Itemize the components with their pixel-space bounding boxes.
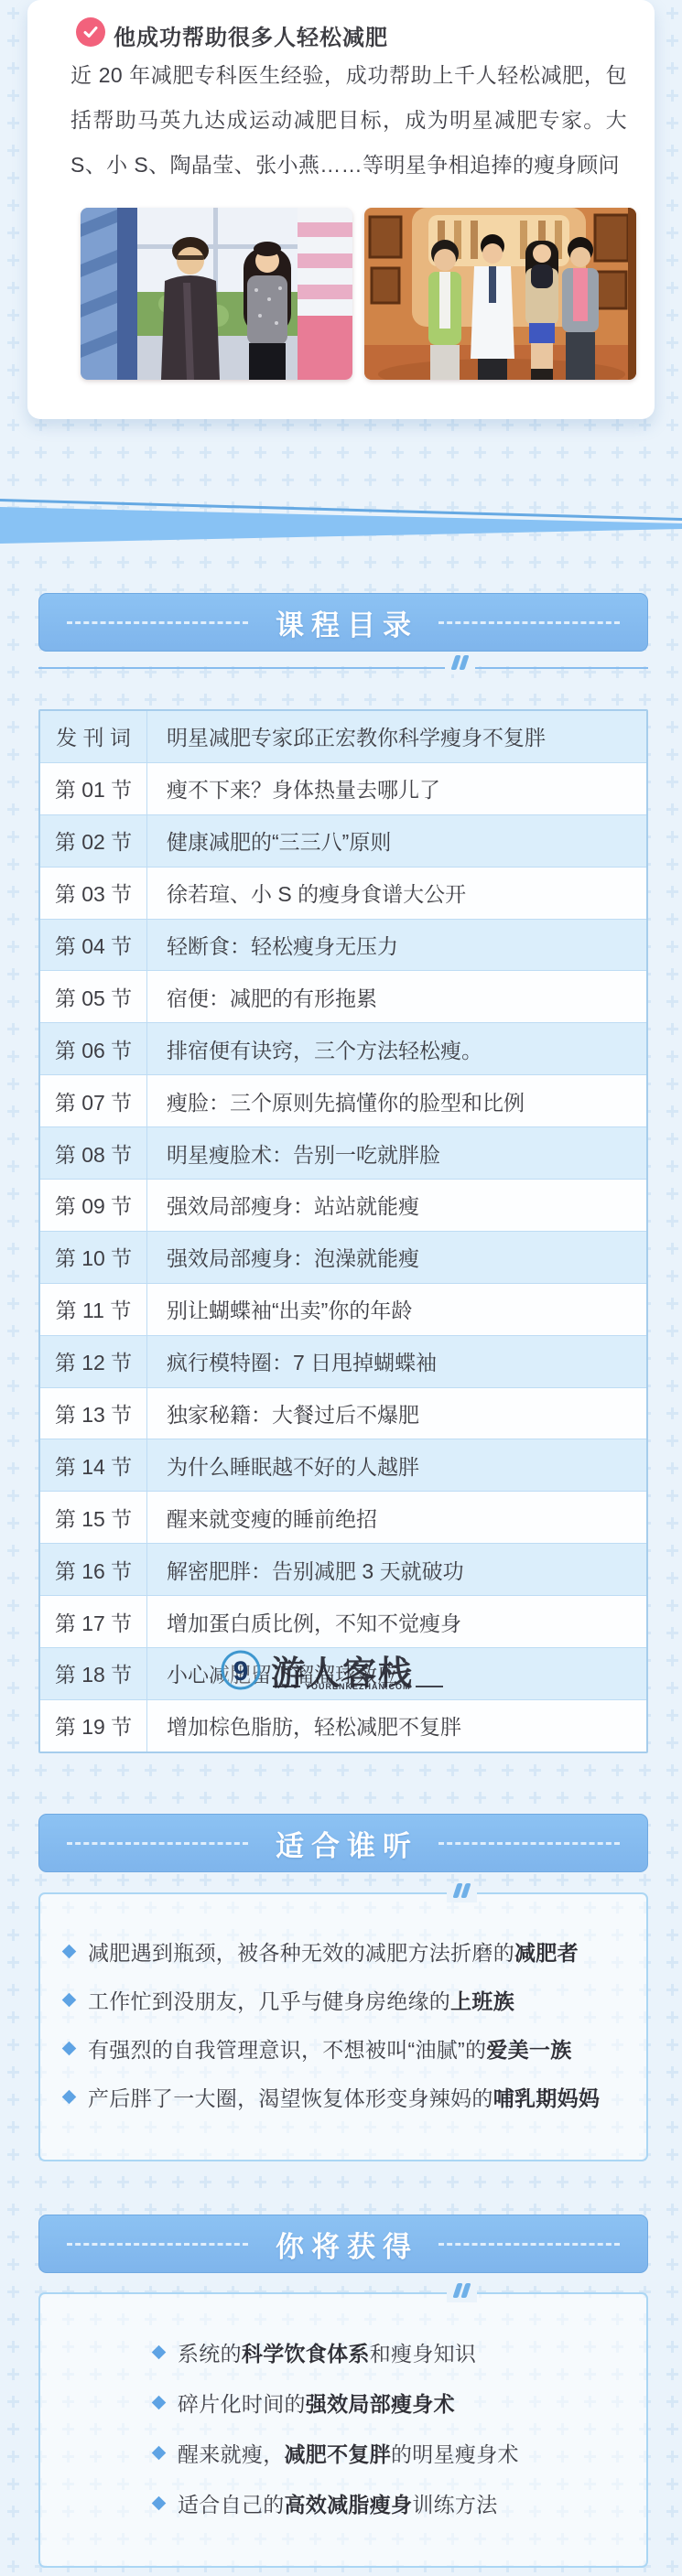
- bullet-item: 适合自己的高效减脂瘦身训练方法: [154, 2478, 519, 2528]
- catalog-row-number: 第 10 节: [40, 1232, 147, 1283]
- header-dash-left: [67, 1842, 248, 1845]
- catalog-row: 第 12 节 疯行模特圈：7 日甩掉蝴蝶袖: [40, 1335, 646, 1387]
- bullet-text: 系统的科学饮食体系和瘦身知识: [178, 2337, 476, 2367]
- catalog-row: 第 15 节 醒来就变瘦的睡前绝招: [40, 1491, 646, 1543]
- header-dash-right: [438, 621, 620, 624]
- catalog-row-number: 第 13 节: [40, 1388, 147, 1439]
- catalog-row: 第 17 节 增加蛋白质比例，不知不觉瘦身: [40, 1595, 646, 1647]
- audience-header-title: 适合谁听: [268, 1823, 418, 1864]
- quote-mark-icon: [447, 2283, 477, 2302]
- catalog-row-title: 增加蛋白质比例，不知不觉瘦身: [147, 1596, 646, 1647]
- diamond-bullet-icon: [152, 2396, 167, 2410]
- diamond-bullet-icon: [152, 2345, 167, 2360]
- catalog-row-number: 发 刊 词: [40, 711, 147, 762]
- catalog-row-number: 第 17 节: [40, 1596, 147, 1647]
- bullet-text: 醒来就瘦，减肥不复胖的明星瘦身术: [178, 2438, 519, 2468]
- diamond-bullet-icon: [152, 2496, 167, 2511]
- catalog-row: 第 06 节 排宿便有诀窍，三个方法轻松瘦。: [40, 1022, 646, 1074]
- catalog-header: 课程目录: [38, 593, 648, 652]
- catalog-row-title: 强效局部瘦身：泡澡就能瘦: [147, 1232, 646, 1283]
- bullet-item: 工作忙到没朋友，几乎与健身房绝缘的上班族: [64, 1976, 632, 2024]
- catalog-row-number: 第 09 节: [40, 1180, 147, 1231]
- diamond-bullet-icon: [62, 1945, 77, 1959]
- catalog-row-title: 轻断食：轻松瘦身无压力: [147, 920, 646, 971]
- catalog-row: 第 10 节 强效局部瘦身：泡澡就能瘦: [40, 1231, 646, 1283]
- gains-list: 系统的科学饮食体系和瘦身知识 碎片化时间的强效局部瘦身术 醒来就瘦，减肥不复胖的…: [154, 2327, 519, 2528]
- catalog-row: 第 05 节 宿便：减肥的有形拖累: [40, 970, 646, 1022]
- diamond-bullet-icon: [62, 2090, 77, 2105]
- audience-card: 减肥遇到瓶颈，被各种无效的减肥方法折磨的减肥者 工作忙到没朋友，几乎与健身房绝缘…: [38, 1892, 648, 2161]
- catalog-row-title: 排宿便有诀窍，三个方法轻松瘦。: [147, 1023, 646, 1074]
- watermark-logo-icon: 9: [220, 1649, 262, 1696]
- svg-text:9: 9: [233, 1656, 249, 1687]
- catalog-row-title: 明星瘦脸术：告别一吃就胖脸: [147, 1127, 646, 1179]
- catalog-row-number: 第 19 节: [40, 1700, 147, 1751]
- bullet-item: 有强烈的自我管理意识，不想被叫“油腻”的爱美一族: [64, 2024, 632, 2073]
- catalog-row-title: 宿便：减肥的有形拖累: [147, 971, 646, 1022]
- intro-card: 他成功帮助很多人轻松减肥 近 20 年减肥专科医生经验，成功帮助上千人轻松减肥，…: [27, 0, 655, 419]
- intro-paragraph: 近 20 年减肥专科医生经验，成功帮助上千人轻松减肥，包括帮助马英九达成运动减肥…: [70, 53, 627, 188]
- catalog-row-number: 第 11 节: [40, 1284, 147, 1335]
- catalog-row-title: 为什么睡眠越不好的人越胖: [147, 1439, 646, 1491]
- catalog-row: 第 16 节 解密肥胖：告别减肥 3 天就破功: [40, 1543, 646, 1595]
- catalog-row-title: 瘦脸：三个原则先搞懂你的脸型和比例: [147, 1075, 646, 1126]
- diamond-bullet-icon: [152, 2446, 167, 2461]
- catalog-table-body: 发 刊 词 明星减肥专家邱正宏教你科学瘦身不复胖 第 01 节 瘦不下来？身体热…: [40, 711, 646, 1751]
- catalog-row-number: 第 07 节: [40, 1075, 147, 1126]
- watermark-domain: YOURENKEZHAN.COM: [305, 1682, 411, 1691]
- diamond-bullet-icon: [62, 2042, 77, 2056]
- catalog-row: 第 04 节 轻断食：轻松瘦身无压力: [40, 919, 646, 971]
- catalog-row: 第 09 节 强效局部瘦身：站站就能瘦: [40, 1179, 646, 1231]
- catalog-row: 第 07 节 瘦脸：三个原则先搞懂你的脸型和比例: [40, 1074, 646, 1126]
- catalog-row-title: 独家秘籍：大餐过后不爆肥: [147, 1388, 646, 1439]
- catalog-row: 第 13 节 独家秘籍：大餐过后不爆肥: [40, 1387, 646, 1439]
- catalog-row-number: 第 04 节: [40, 920, 147, 971]
- catalog-row-number: 第 01 节: [40, 763, 147, 814]
- header-dash-left: [67, 621, 248, 624]
- watermark-domain-row: YOURENKEZHAN.COM: [273, 1682, 443, 1691]
- catalog-row: 第 19 节 增加棕色脂肪，轻松减肥不复胖: [40, 1699, 646, 1751]
- bullet-text: 碎片化时间的强效局部瘦身术: [178, 2387, 455, 2418]
- bullet-item: 产后胖了一大圈，渴望恢复体形变身辣妈的哺乳期妈妈: [64, 2073, 632, 2121]
- quote-mark-icon: [445, 655, 475, 674]
- studio-photo-left: [81, 208, 352, 380]
- catalog-row-number: 第 03 节: [40, 868, 147, 919]
- catalog-row-title: 疯行模特圈：7 日甩掉蝴蝶袖: [147, 1336, 646, 1387]
- audience-header: 适合谁听: [38, 1814, 648, 1872]
- catalog-row-title: 醒来就变瘦的睡前绝招: [147, 1492, 646, 1543]
- quote-mark-icon: [447, 1883, 477, 1902]
- catalog-row: 发 刊 词 明星减肥专家邱正宏教你科学瘦身不复胖: [40, 711, 646, 762]
- catalog-row-title: 增加棕色脂肪，轻松减肥不复胖: [147, 1700, 646, 1751]
- catalog-row-number: 第 02 节: [40, 815, 147, 867]
- catalog-row-number: 第 14 节: [40, 1439, 147, 1491]
- catalog-row-number: 第 18 节: [40, 1648, 147, 1699]
- header-dash-right: [438, 2243, 620, 2246]
- bullet-item: 醒来就瘦，减肥不复胖的明星瘦身术: [154, 2428, 519, 2478]
- bullet-text: 减肥遇到瓶颈，被各种无效的减肥方法折磨的减肥者: [88, 1936, 579, 1967]
- catalog-row: 第 03 节 徐若瑄、小 S 的瘦身食谱大公开: [40, 867, 646, 919]
- catalog-row: 第 02 节 健康减肥的“三三八”原则: [40, 814, 646, 867]
- bullet-text: 产后胖了一大圈，渴望恢复体形变身辣妈的哺乳期妈妈: [88, 2082, 600, 2112]
- catalog-row-title: 强效局部瘦身：站站就能瘦: [147, 1180, 646, 1231]
- bullet-text: 工作忙到没朋友，几乎与健身房绝缘的上班族: [88, 1985, 514, 2015]
- catalog-row-title: 解密肥胖：告别减肥 3 天就破功: [147, 1544, 646, 1595]
- intro-title: 他成功帮助很多人轻松减肥: [114, 19, 388, 51]
- bullet-text: 有强烈的自我管理意识，不想被叫“油腻”的爱美一族: [88, 2033, 572, 2064]
- catalog-row-title: 明星减肥专家邱正宏教你科学瘦身不复胖: [147, 711, 646, 762]
- catalog-row-number: 第 06 节: [40, 1023, 147, 1074]
- diamond-bullet-icon: [62, 1993, 77, 2008]
- catalog-table: 发 刊 词 明星减肥专家邱正宏教你科学瘦身不复胖 第 01 节 瘦不下来？身体热…: [38, 709, 648, 1753]
- gains-card: 系统的科学饮食体系和瘦身知识 碎片化时间的强效局部瘦身术 醒来就瘦，减肥不复胖的…: [38, 2292, 648, 2568]
- catalog-row: 第 11 节 别让蝴蝶袖“出卖”你的年龄: [40, 1283, 646, 1335]
- audience-list: 减肥遇到瓶颈，被各种无效的减肥方法折磨的减肥者 工作忙到没朋友，几乎与健身房绝缘…: [64, 1927, 632, 2121]
- promo-page: 他成功帮助很多人轻松减肥 近 20 年减肥专科医生经验，成功帮助上千人轻松减肥，…: [0, 0, 682, 2576]
- catalog-divider-line: [38, 667, 648, 669]
- check-circle-icon: [76, 17, 105, 47]
- catalog-row-title: 健康减肥的“三三八”原则: [147, 815, 646, 867]
- catalog-header-title: 课程目录: [268, 602, 418, 643]
- catalog-row-number: 第 08 节: [40, 1127, 147, 1179]
- gains-header-title: 你将获得: [268, 2224, 418, 2265]
- catalog-row-title: 瘦不下来？身体热量去哪儿了: [147, 763, 646, 814]
- diagonal-band-decoration: [0, 494, 682, 549]
- bullet-text: 适合自己的高效减脂瘦身训练方法: [178, 2488, 498, 2518]
- catalog-row-number: 第 05 节: [40, 971, 147, 1022]
- catalog-row: 第 01 节 瘦不下来？身体热量去哪儿了: [40, 762, 646, 814]
- header-dash-right: [438, 1842, 620, 1845]
- gains-header: 你将获得: [38, 2215, 648, 2273]
- bullet-item: 碎片化时间的强效局部瘦身术: [154, 2377, 519, 2428]
- catalog-row: 第 14 节 为什么睡眠越不好的人越胖: [40, 1439, 646, 1491]
- catalog-row-title: 徐若瑄、小 S 的瘦身食谱大公开: [147, 868, 646, 919]
- catalog-row-number: 第 16 节: [40, 1544, 147, 1595]
- header-dash-left: [67, 2243, 248, 2246]
- catalog-row-title: 别让蝴蝶袖“出卖”你的年龄: [147, 1284, 646, 1335]
- bullet-item: 系统的科学饮食体系和瘦身知识: [154, 2327, 519, 2377]
- catalog-row: 第 08 节 明星瘦脸术：告别一吃就胖脸: [40, 1126, 646, 1179]
- bullet-item: 减肥遇到瓶颈，被各种无效的减肥方法折磨的减肥者: [64, 1927, 632, 1976]
- studio-photo-right: [364, 208, 636, 380]
- catalog-row-number: 第 12 节: [40, 1336, 147, 1387]
- catalog-row-number: 第 15 节: [40, 1492, 147, 1543]
